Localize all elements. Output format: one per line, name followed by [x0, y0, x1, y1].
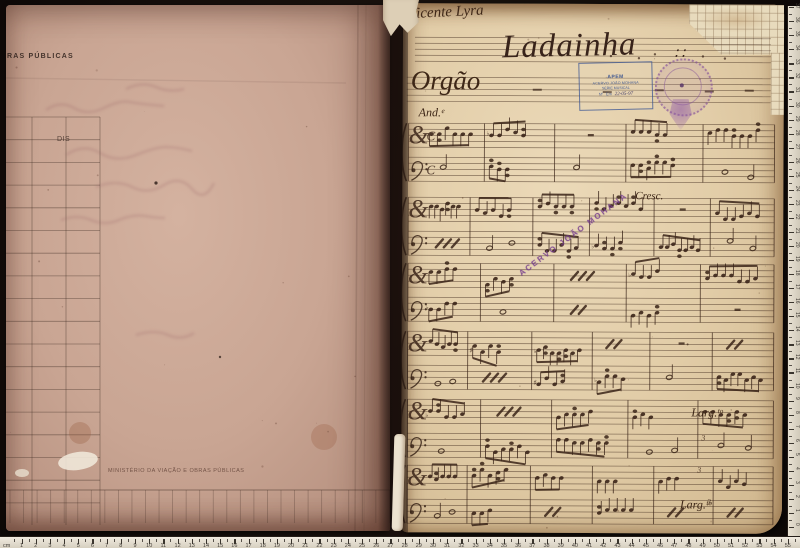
larghetto-marking-2: Larg.ᵗᵒ	[680, 497, 711, 512]
crescendo-marking: Cresc.	[635, 190, 663, 202]
ruler-tick	[789, 56, 792, 57]
right-ruler-number: 33	[794, 59, 800, 67]
right-ruler-number: 8	[794, 411, 800, 419]
right-ruler-number: 30	[794, 102, 800, 110]
stamp-date-label: Em	[606, 92, 612, 98]
svg-text:&: &	[407, 462, 428, 491]
svg-text:&: &	[408, 328, 429, 357]
ruler-tick	[327, 539, 328, 542]
ruler-tick	[724, 539, 725, 542]
right-ruler-number: 9	[794, 397, 800, 405]
ruler-tick	[789, 323, 792, 324]
form-cell-label: DIS	[57, 136, 70, 143]
ruler-tick	[213, 539, 214, 542]
ruler-tick	[483, 539, 484, 542]
right-ruler-number: 4	[794, 467, 800, 475]
svg-text:3: 3	[700, 433, 705, 442]
ruler-tick	[525, 539, 526, 542]
svg-text:♭: ♭	[425, 412, 428, 419]
bottom-ruler-number: 9	[130, 543, 140, 548]
ruler-tick	[298, 539, 299, 542]
ruler-tick	[789, 183, 792, 184]
bottom-ruler-number: 52	[740, 543, 750, 548]
ruler-tick	[185, 539, 186, 542]
ruler-tick	[795, 539, 796, 542]
ruler-tick	[789, 337, 792, 338]
right-ruler-number: 18	[794, 270, 800, 278]
ruler-tick	[128, 539, 129, 542]
left-page-decor	[6, 5, 390, 531]
ruler-tick	[789, 239, 792, 240]
ruler-tick	[341, 539, 342, 542]
ruler-tick	[789, 478, 792, 479]
svg-text:♭: ♭	[486, 130, 489, 137]
ruler-unit-label: cm	[3, 543, 10, 548]
music-sheet-page: &CC♭&♭&♭♭&♯♭♯♭&♭&333 Vicente Lyra Ladain…	[401, 3, 784, 534]
bottom-ruler-number: 34	[485, 543, 495, 548]
ruler-tick	[789, 99, 792, 100]
bottom-ruler-number: 50	[712, 543, 722, 548]
right-ruler-number: 11	[794, 368, 800, 376]
right-ruler-number: 27	[794, 144, 800, 152]
right-ruler-number: 6	[794, 439, 800, 447]
bottom-ruler-number: 23	[329, 543, 339, 548]
right-ruler-number: 1	[794, 509, 800, 517]
bottom-ruler-number: 27	[385, 543, 395, 548]
tempo-marking: And.ᵉ	[419, 105, 445, 120]
left-folder-page: RAS PÚBLICAS DIS MINISTÉRIO DA VIAÇÃO E …	[6, 5, 390, 531]
bottom-ruler-number: 36	[513, 543, 523, 548]
right-ruler-number: 5	[794, 453, 800, 461]
right-ruler-number: 3	[794, 481, 800, 489]
bottom-ruler-number: 30	[428, 543, 438, 548]
ruler-tick	[568, 539, 569, 542]
ruler-tick	[582, 539, 583, 542]
ruler-tick	[639, 539, 640, 542]
ruler-tick	[789, 267, 792, 268]
bottom-ruler-number: 35	[499, 543, 509, 548]
ruler-tick	[789, 380, 792, 381]
right-ruler-number: 13	[794, 340, 800, 348]
ruler-tick	[789, 253, 792, 254]
ruler-tick	[241, 539, 242, 542]
ruler-tick	[57, 539, 58, 542]
ruler-tick	[789, 436, 792, 437]
left-page-header-text: RAS PÚBLICAS	[7, 53, 74, 60]
bottom-ruler-number: 18	[258, 543, 268, 548]
svg-text:&: &	[407, 396, 428, 425]
bottom-ruler: cm 1234567891011121314151617181920212223…	[0, 536, 800, 548]
ruler-tick	[789, 211, 792, 212]
right-ruler-number: 20	[794, 242, 800, 250]
right-ruler-number: 26	[794, 158, 800, 166]
right-ruler-number: 34	[794, 45, 800, 53]
bottom-ruler-number: 19	[272, 543, 282, 548]
ruler-tick	[789, 394, 792, 395]
right-ruler-number: 32	[794, 73, 800, 81]
author-signature: Vicente Lyra	[408, 3, 484, 24]
ruler-tick	[789, 169, 792, 170]
svg-text:♭: ♭	[591, 244, 594, 251]
ruler-tick	[100, 539, 101, 542]
bottom-ruler-number: 40	[570, 543, 580, 548]
ruler-tick	[43, 539, 44, 542]
svg-text:&: &	[408, 194, 429, 223]
right-ruler-number: 10	[794, 383, 800, 391]
bottom-ruler-number: 4	[59, 543, 69, 548]
bottom-ruler-number: 39	[556, 543, 566, 548]
right-ruler-number: 2	[794, 495, 800, 503]
bottom-ruler-number: 44	[627, 543, 637, 548]
ruler-tick	[355, 539, 356, 542]
ruler-tick	[497, 539, 498, 542]
svg-text:&: &	[408, 260, 429, 289]
ruler-tick	[789, 127, 792, 128]
right-ruler-number: 37	[794, 3, 800, 11]
bottom-ruler-number: 28	[400, 543, 410, 548]
ruler-tick	[789, 492, 792, 493]
svg-text:3: 3	[696, 465, 701, 474]
ruler-tick	[681, 539, 682, 542]
ruler-tick	[789, 14, 792, 15]
ruler-tick	[539, 539, 540, 542]
ruler-tick	[738, 539, 739, 542]
right-ruler-number: 17	[794, 284, 800, 292]
ruler-tick	[667, 539, 668, 542]
ruler-tick	[653, 539, 654, 542]
bottom-ruler-number: 41	[584, 543, 594, 548]
larghetto-marking-1: Larg.ᵗᵒ	[691, 405, 722, 420]
ruler-tick	[789, 295, 792, 296]
ruler-tick	[270, 539, 271, 542]
bottom-ruler-number: 7	[102, 543, 112, 548]
ruler-tick	[789, 464, 792, 465]
ruler-tick	[454, 539, 455, 542]
ruler-tick	[789, 42, 792, 43]
ruler-tick	[789, 225, 792, 226]
instrument-label: Orgão	[411, 65, 481, 96]
ruler-tick	[596, 539, 597, 542]
right-ruler-number: 31	[794, 87, 800, 95]
ruler-tick	[766, 539, 767, 542]
bottom-ruler-number: 12	[173, 543, 183, 548]
ruler-tick	[369, 539, 370, 542]
ruler-tick	[383, 539, 384, 542]
ruler-tick	[789, 281, 792, 282]
ruler-tick	[170, 539, 171, 542]
right-ruler-number: 35	[794, 31, 800, 39]
right-ruler-number: 25	[794, 172, 800, 180]
ruler-tick	[284, 539, 285, 542]
ministry-imprint-text: MINISTÉRIO DA VIAÇÃO E OBRAS PÚBLICAS	[108, 468, 244, 474]
ruler-tick	[789, 84, 792, 85]
bottom-ruler-number: 15	[215, 543, 225, 548]
bottom-ruler-number: 11	[158, 543, 168, 548]
svg-text:♯: ♯	[534, 379, 537, 386]
ruler-tick	[114, 539, 115, 542]
right-ruler-number: 14	[794, 326, 800, 334]
right-ruler-number: 29	[794, 116, 800, 124]
ruler-tick	[789, 309, 792, 310]
right-ruler-number: 23	[794, 200, 800, 208]
ruler-tick	[789, 506, 792, 507]
right-ruler-number: 0	[794, 523, 800, 531]
right-ruler: 0123456789101112131415161718192021222324…	[787, 6, 800, 536]
stamp-number-label: Nº	[599, 93, 603, 99]
bottom-ruler-number: 14	[201, 543, 211, 548]
ruler-tick	[789, 422, 792, 423]
bottom-ruler-number: 1	[17, 543, 27, 548]
ruler-tick	[789, 155, 792, 156]
ruler-tick	[789, 197, 792, 198]
ruler-tick	[426, 539, 427, 542]
bottom-ruler-number: 17	[244, 543, 254, 548]
round-stamp-center	[680, 83, 684, 87]
ruler-tick	[29, 539, 30, 542]
ruler-tick	[85, 539, 86, 542]
right-ruler-number: 19	[794, 256, 800, 264]
right-ruler-number: 16	[794, 298, 800, 306]
ruler-tick	[789, 365, 792, 366]
ruler-tick	[256, 539, 257, 542]
ruler-tick	[199, 539, 200, 542]
archive-ink-stamp: APEM ACERVO JOÃO MOHANA SÉRIE MUSICAL Nº…	[578, 61, 653, 111]
bottom-ruler-number: 47	[669, 543, 679, 548]
bottom-ruler-number: 2	[31, 543, 41, 548]
bottom-ruler-number: 26	[371, 543, 381, 548]
ruler-tick	[781, 539, 782, 542]
ruler-tick	[789, 70, 792, 71]
right-ruler-number: 22	[794, 214, 800, 222]
ruler-tick	[398, 539, 399, 542]
ruler-tick	[554, 539, 555, 542]
ruler-tick	[789, 520, 792, 521]
right-ruler-number: 28	[794, 130, 800, 138]
ruler-tick	[412, 539, 413, 542]
ruler-tick	[156, 539, 157, 542]
bottom-ruler-number: 38	[542, 543, 552, 548]
stamp-line: Nº Em 22-05-97	[599, 91, 633, 99]
svg-text:C: C	[426, 162, 435, 177]
ruler-tick	[789, 28, 792, 29]
bottom-ruler-number: 3	[45, 543, 55, 548]
bottom-ruler-number: 31	[442, 543, 452, 548]
bottom-ruler-number: 20	[286, 543, 296, 548]
ruler-tick	[625, 539, 626, 542]
stamp-handwritten-date: 22-05-97	[615, 91, 633, 99]
ruler-tick	[610, 539, 611, 542]
bottom-ruler-number: 48	[683, 543, 693, 548]
svg-text:♭: ♭	[628, 272, 631, 279]
ruler-tick	[710, 539, 711, 542]
ruler-tick	[71, 539, 72, 542]
bottom-ruler-number: 42	[598, 543, 608, 548]
bottom-ruler-number: 5	[73, 543, 83, 548]
bottom-ruler-number: 43	[612, 543, 622, 548]
ruler-tick	[752, 539, 753, 542]
ruler-tick	[227, 539, 228, 542]
page-title: Ladainha	[502, 26, 637, 66]
ruler-tick	[14, 539, 15, 542]
bottom-ruler-number: 25	[357, 543, 367, 548]
ruler-tick	[440, 539, 441, 542]
right-ruler-number: 7	[794, 425, 800, 433]
bottom-ruler-number: 49	[698, 543, 708, 548]
ruler-tick	[511, 539, 512, 542]
ruler-tick	[142, 539, 143, 542]
ruler-tick	[789, 113, 792, 114]
bottom-ruler-number: 16	[229, 543, 239, 548]
ruler-tick	[789, 351, 792, 352]
right-ruler-number: 15	[794, 312, 800, 320]
bottom-ruler-number: 55	[783, 543, 793, 548]
bottom-ruler-number: 45	[641, 543, 651, 548]
bottom-ruler-number: 29	[414, 543, 424, 548]
bottom-ruler-number: 54	[769, 543, 779, 548]
manuscript-scan: RAS PÚBLICAS DIS MINISTÉRIO DA VIAÇÃO E …	[0, 0, 800, 548]
bottom-ruler-number: 46	[655, 543, 665, 548]
bottom-ruler-number: 32	[456, 543, 466, 548]
bottom-ruler-number: 33	[471, 543, 481, 548]
ruler-tick	[696, 539, 697, 542]
bottom-ruler-number: 21	[300, 543, 310, 548]
bottom-ruler-number: 10	[144, 543, 154, 548]
bottom-ruler-number: 53	[754, 543, 764, 548]
ruler-tick	[789, 141, 792, 142]
ruler-tick	[312, 539, 313, 542]
right-ruler-number: 12	[794, 354, 800, 362]
bottom-ruler-number: 22	[314, 543, 324, 548]
bottom-ruler-number: 51	[726, 543, 736, 548]
right-ruler-number: 21	[794, 228, 800, 236]
bottom-ruler-number: 13	[187, 543, 197, 548]
ruler-tick	[468, 539, 469, 542]
bottom-ruler-number: 6	[87, 543, 97, 548]
right-ruler-number: 36	[794, 17, 800, 25]
ruler-tick	[789, 408, 792, 409]
right-ruler-number: 24	[794, 186, 800, 194]
bottom-ruler-number: 37	[527, 543, 537, 548]
bottom-ruler-number: 24	[343, 543, 353, 548]
ruler-tick	[789, 450, 792, 451]
bottom-ruler-number: 8	[116, 543, 126, 548]
